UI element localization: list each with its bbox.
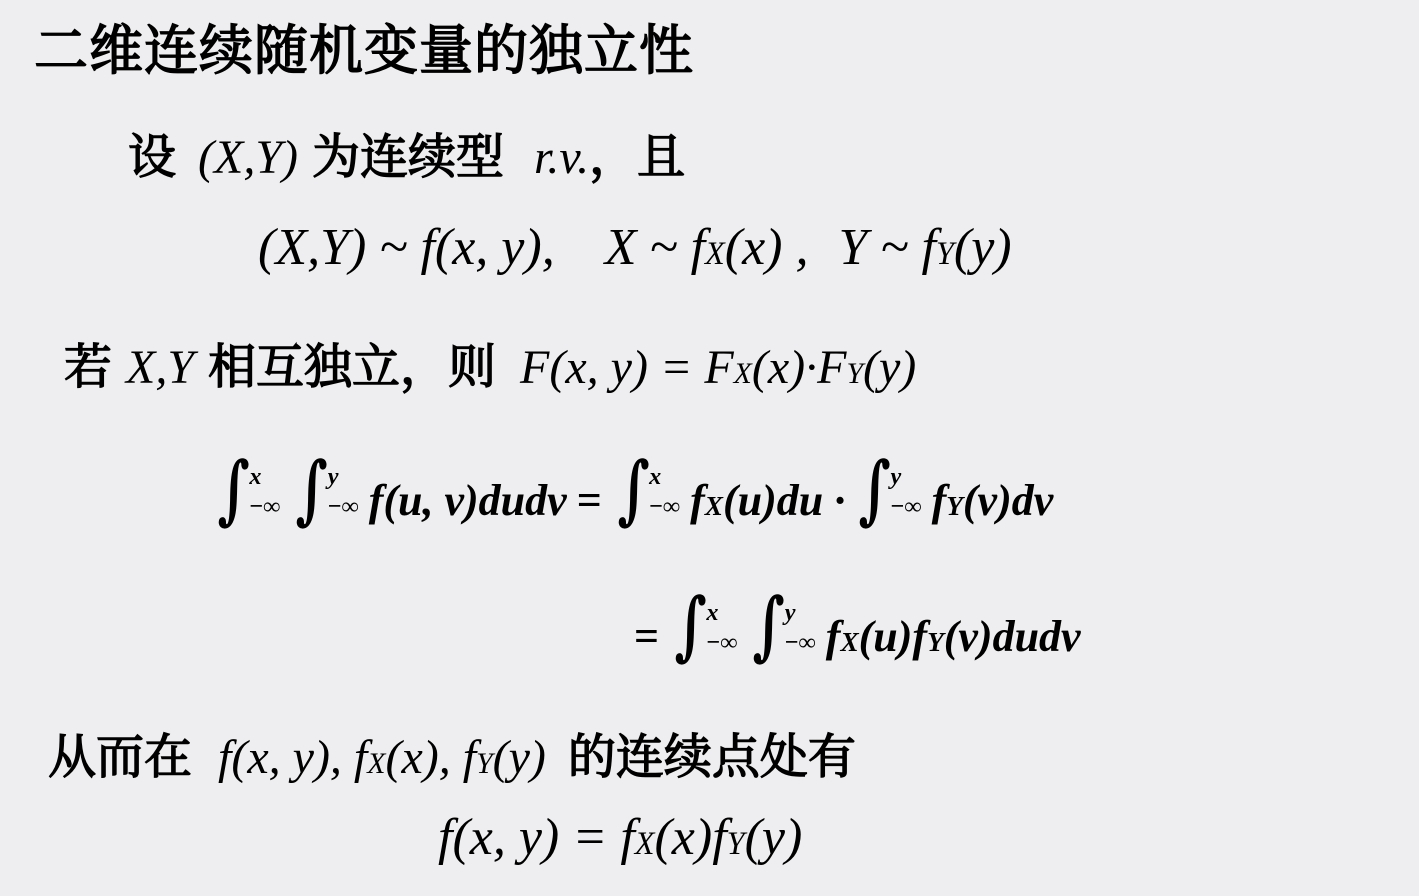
math-marginal-x: X ~ f <box>605 218 705 277</box>
math-pair: (X,Y) <box>198 130 298 185</box>
math-cdf-end: (y) <box>863 340 916 395</box>
independence-cdf-line: 若 X,Y 相互独立，则 F(x, y) = F X (x)·F Y (y) <box>64 328 916 397</box>
math-integrand: f(u, v)dudv <box>369 475 567 526</box>
text-mid: 为连续型 <box>312 118 504 187</box>
math-expr-c: (y) <box>493 730 546 785</box>
lower-limit: −∞ <box>249 495 280 519</box>
text-prefix: 从而在 <box>48 718 192 787</box>
math-term1: (u)du · <box>723 475 845 526</box>
slide-title: 二维连续随机变量的独立性 <box>34 8 694 85</box>
math-cdf-lhs: F(x, y) = F <box>520 340 734 395</box>
equals-sign: = <box>634 611 659 662</box>
integral-icon: ∫ <box>753 588 785 663</box>
equals-sign: = <box>577 475 602 526</box>
math-f: f <box>912 611 927 662</box>
lower-limit: −∞ <box>328 495 359 519</box>
integral-icon: ∫ <box>859 452 891 527</box>
upper-limit: x <box>249 465 280 489</box>
lower-limit: −∞ <box>785 631 816 655</box>
math-expr-a: f(x, y), f <box>218 730 367 785</box>
integral-icon: ∫ <box>296 452 328 527</box>
upper-limit: y <box>785 601 816 625</box>
integral-icon: ∫ <box>617 452 649 527</box>
upper-limit: x <box>649 465 680 489</box>
integral-2: ∫ y −∞ <box>747 588 815 663</box>
upper-limit: y <box>891 465 922 489</box>
math-f: f <box>690 475 705 526</box>
distribution-line: (X,Y) ~ f(x, y), X ~ f X (x) , Y ~ f Y (… <box>258 218 1012 277</box>
math-vars: X,Y <box>126 340 194 395</box>
math-joint: (X,Y) ~ f(x, y), <box>258 218 555 277</box>
integral-2: ∫ y −∞ <box>290 452 358 527</box>
density-product-equation: f(x, y) = f X (x)f Y (y) <box>438 808 802 867</box>
text-suffix: ，且 <box>589 118 685 187</box>
upper-limit: x <box>706 601 737 625</box>
integral-equation-line: ∫ x −∞ ∫ y −∞ f(u, v)dudv = ∫ x −∞ f X (… <box>212 452 1053 527</box>
math-arg-u: (u) <box>859 611 913 662</box>
integral-4: ∫ y −∞ <box>853 452 921 527</box>
math-term2: (v)dv <box>963 475 1053 526</box>
math-cdf-mid: (x)·F <box>752 340 847 395</box>
math-lhs: f(x, y) = f <box>438 808 635 867</box>
text-mid: 相互独立，则 <box>208 328 496 397</box>
math-rv: r.v. <box>534 130 589 185</box>
math-mid: (x)f <box>654 808 726 867</box>
integral-icon: ∫ <box>674 588 706 663</box>
integral-product-line: = ∫ x −∞ ∫ y −∞ f X (u) f Y (v)dudv <box>634 588 1081 663</box>
text-suffix: 的连续点处有 <box>568 718 856 787</box>
math-f: f <box>932 475 947 526</box>
math-marginal-x-arg: (x) , <box>725 218 809 277</box>
statement-setup: 设 (X,Y) 为连续型 r.v. ，且 <box>128 118 685 187</box>
text-prefix: 若 <box>64 328 112 397</box>
lower-limit: −∞ <box>891 495 922 519</box>
integral-icon: ∫ <box>217 452 249 527</box>
math-marginal-y-arg: (y) <box>954 218 1012 277</box>
integral-1: ∫ x −∞ <box>212 452 280 527</box>
lower-limit: −∞ <box>649 495 680 519</box>
continuity-statement: 从而在 f(x, y), f X (x), f Y (y) 的连续点处有 <box>48 718 856 787</box>
math-f: f <box>826 611 841 662</box>
upper-limit: y <box>328 465 359 489</box>
integral-1: ∫ x −∞ <box>669 588 737 663</box>
math-arg-v: (v)dudv <box>944 611 1081 662</box>
integral-3: ∫ x −∞ <box>612 452 680 527</box>
text-prefix: 设 <box>128 118 176 187</box>
math-marginal-y: Y ~ f <box>838 218 936 277</box>
math-end: (y) <box>745 808 803 867</box>
math-expr-b: (x), f <box>385 730 476 785</box>
lower-limit: −∞ <box>706 631 737 655</box>
